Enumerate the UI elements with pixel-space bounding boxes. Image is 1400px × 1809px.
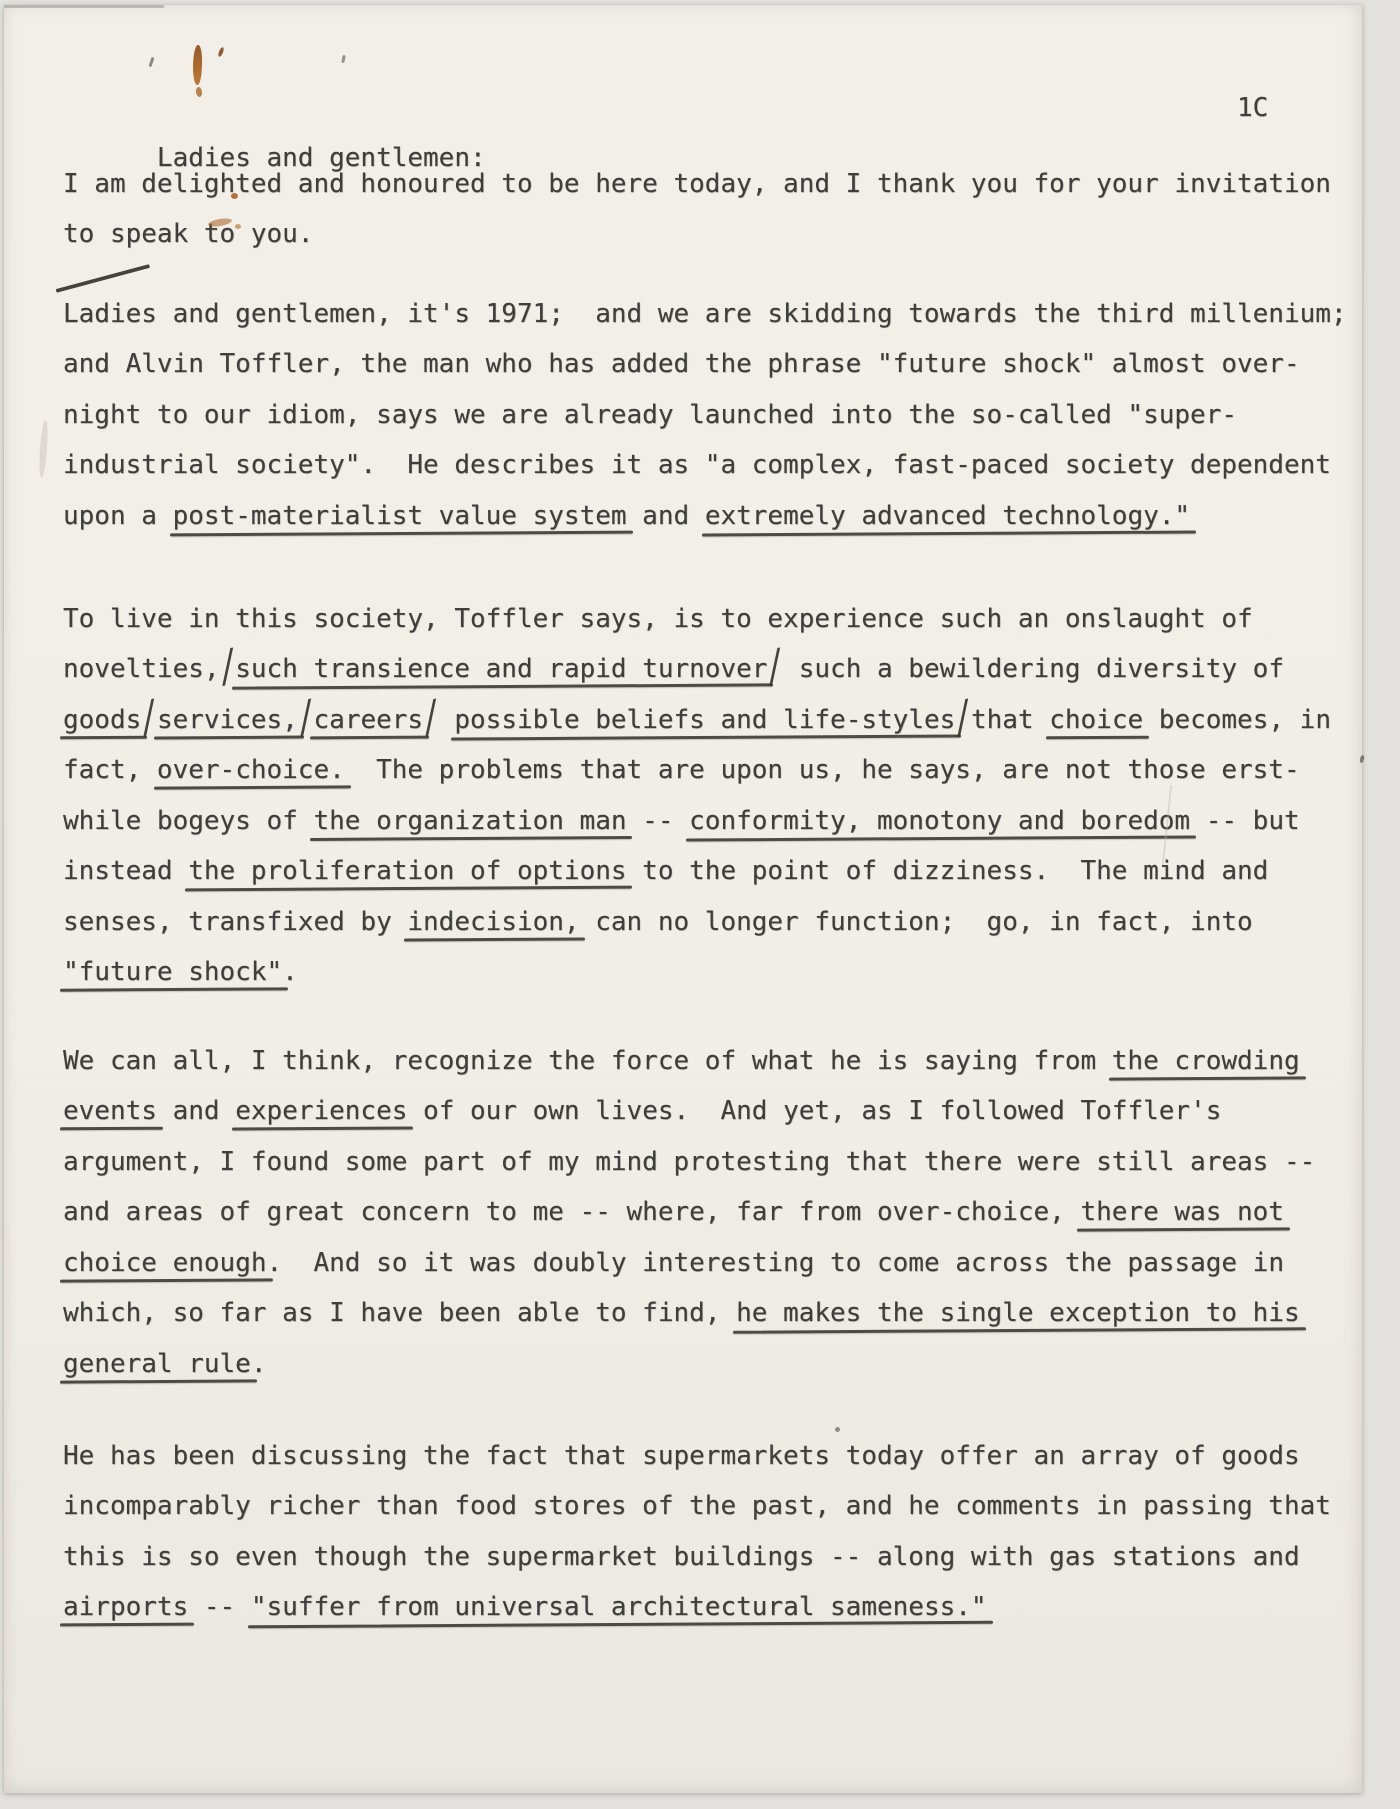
underlined-text: he makes the single exception to his — [736, 1298, 1300, 1328]
header-line: Ladies and gentlemen: 1C — [63, 83, 486, 133]
underlined-text: possible beliefs and life-styles — [454, 705, 955, 735]
scanned-document: Ladies and gentlemen: 1C I am delighted … — [0, 0, 1400, 1809]
underlined-text: events — [63, 1096, 157, 1126]
text-run — [439, 705, 455, 735]
text-run: that — [971, 705, 1049, 735]
text-run: He has been discussing the fact that sup… — [63, 1441, 1300, 1471]
text-line: "future shock". — [63, 947, 298, 997]
text-line: To live in this society, Toffler says, i… — [63, 594, 1253, 644]
text-run: and Alvin Toffler, the man who has added… — [63, 349, 1300, 379]
page-number: 1C — [1237, 83, 1268, 133]
text-run: I am delighted and honoured to be here t… — [63, 169, 1331, 199]
text-run: The problems that are upon us, he says, … — [345, 755, 1300, 785]
text-line: He has been discussing the fact that sup… — [63, 1431, 1300, 1481]
text-run: . — [251, 1349, 267, 1379]
text-line: fact, over-choice. The problems that are… — [63, 745, 1300, 795]
text-line: incomparably richer than food stores of … — [63, 1481, 1331, 1531]
underlined-text: "suffer from universal architectural sam… — [251, 1592, 987, 1622]
text-run: and — [627, 501, 705, 531]
underlined-text: indecision, — [407, 907, 579, 937]
text-run: fact, — [63, 755, 157, 785]
underlined-text: the crowding — [1112, 1046, 1300, 1076]
pen-tick — [341, 55, 346, 63]
text-run: this is so even though the supermarket b… — [63, 1542, 1300, 1572]
text-line: airports -- "suffer from universal archi… — [63, 1582, 987, 1632]
ink-speck — [217, 47, 224, 58]
pen-tick — [149, 57, 155, 67]
text-line: novelties,/such transience and rapid tur… — [63, 644, 1284, 694]
text-line: and areas of great concern to me -- wher… — [63, 1187, 1284, 1237]
text-run: -- — [627, 806, 690, 836]
text-line: and Alvin Toffler, the man who has added… — [63, 339, 1300, 389]
text-run: upon a — [63, 501, 173, 531]
underlined-text: "future shock" — [63, 957, 282, 987]
text-run: such a bewildering diversity of — [783, 654, 1284, 684]
text-run: . And so it was doubly interesting to co… — [267, 1248, 1284, 1278]
text-run: and areas of great concern to me -- wher… — [63, 1197, 1080, 1227]
text-line: Ladies and gentlemen, it's 1971; and we … — [63, 289, 1347, 339]
underlined-text: choice enough — [63, 1248, 267, 1278]
text-run: . — [282, 957, 298, 987]
text-run: while bogeys of — [63, 806, 313, 836]
underlined-text: there was not — [1080, 1197, 1284, 1227]
paper-smudge — [38, 420, 49, 478]
text-line: events and experiences of our own lives.… — [63, 1086, 1221, 1136]
text-line: industrial society". He describes it as … — [63, 440, 1331, 490]
text-run: becomes, in — [1143, 705, 1331, 735]
underlined-text: conformity, monotony and boredom — [689, 806, 1190, 836]
underlined-text: careers — [313, 705, 423, 735]
text-run: industrial society". He describes it as … — [63, 450, 1331, 480]
ink-blot — [192, 45, 203, 85]
underlined-text: such transience and rapid turnover — [235, 654, 767, 684]
text-run: night to our idiom, says we are already … — [63, 400, 1237, 430]
underlined-text: experiences — [235, 1096, 407, 1126]
text-line: while bogeys of the organization man -- … — [63, 796, 1300, 846]
rust-stain — [235, 224, 241, 229]
text-line: argument, I found some part of my mind p… — [63, 1137, 1315, 1187]
underlined-text: goods — [63, 705, 141, 735]
underlined-text: airports — [63, 1592, 188, 1622]
text-line: I am delighted and honoured to be here t… — [63, 159, 1331, 209]
underlined-text: services, — [157, 705, 298, 735]
text-run: of our own lives. And yet, as I followed… — [407, 1096, 1221, 1126]
underlined-text: post-materialist value system — [173, 501, 627, 531]
text-line: general rule. — [63, 1339, 267, 1389]
underlined-text: the organization man — [313, 806, 626, 836]
text-run: -- but — [1190, 806, 1300, 836]
text-run: -- — [188, 1592, 251, 1622]
stray-ink-dot — [1359, 755, 1365, 764]
text-line: which, so far as I have been able to fin… — [63, 1288, 1300, 1338]
underlined-text: general rule — [63, 1349, 251, 1379]
text-run: incomparably richer than food stores of … — [63, 1491, 1331, 1521]
underlined-text: the proliferation of options — [188, 856, 626, 886]
text-line: senses, transfixed by indecision, can no… — [63, 897, 1253, 947]
text-run: which, so far as I have been able to fin… — [63, 1298, 736, 1328]
rust-stain — [231, 193, 238, 199]
stray-ink-dot — [835, 1427, 840, 1432]
underlined-text: extremely advanced technology." — [705, 501, 1190, 531]
text-run: To live in this society, Toffler says, i… — [63, 604, 1253, 634]
underlined-text: over-choice. — [157, 755, 345, 785]
text-run: Ladies and gentlemen, it's 1971; and we … — [63, 299, 1347, 329]
underlined-text: choice — [1049, 705, 1143, 735]
text-run: to speak to you. — [63, 219, 313, 249]
text-line: upon a post-materialist value system and… — [63, 491, 1190, 541]
text-line: to speak to you. — [63, 209, 313, 259]
document-page: Ladies and gentlemen: 1C I am delighted … — [4, 5, 1362, 1793]
text-line: choice enough. And so it was doubly inte… — [63, 1238, 1284, 1288]
text-run: instead — [63, 856, 188, 886]
text-line: instead the proliferation of options to … — [63, 846, 1268, 896]
scan-crease — [4, 5, 164, 8]
text-run: to the point of dizziness. The mind and — [627, 856, 1269, 886]
text-line: night to our idiom, says we are already … — [63, 390, 1237, 440]
text-run: and — [157, 1096, 235, 1126]
text-run: We can all, I think, recognize the force… — [63, 1046, 1112, 1076]
text-run: senses, transfixed by — [63, 907, 407, 937]
text-run: can no longer function; go, in fact, int… — [580, 907, 1253, 937]
text-line: We can all, I think, recognize the force… — [63, 1036, 1300, 1086]
text-run: argument, I found some part of my mind p… — [63, 1147, 1315, 1177]
text-line: this is so even though the supermarket b… — [63, 1532, 1300, 1582]
text-line: goods/services,/careers/ possible belief… — [63, 695, 1331, 745]
